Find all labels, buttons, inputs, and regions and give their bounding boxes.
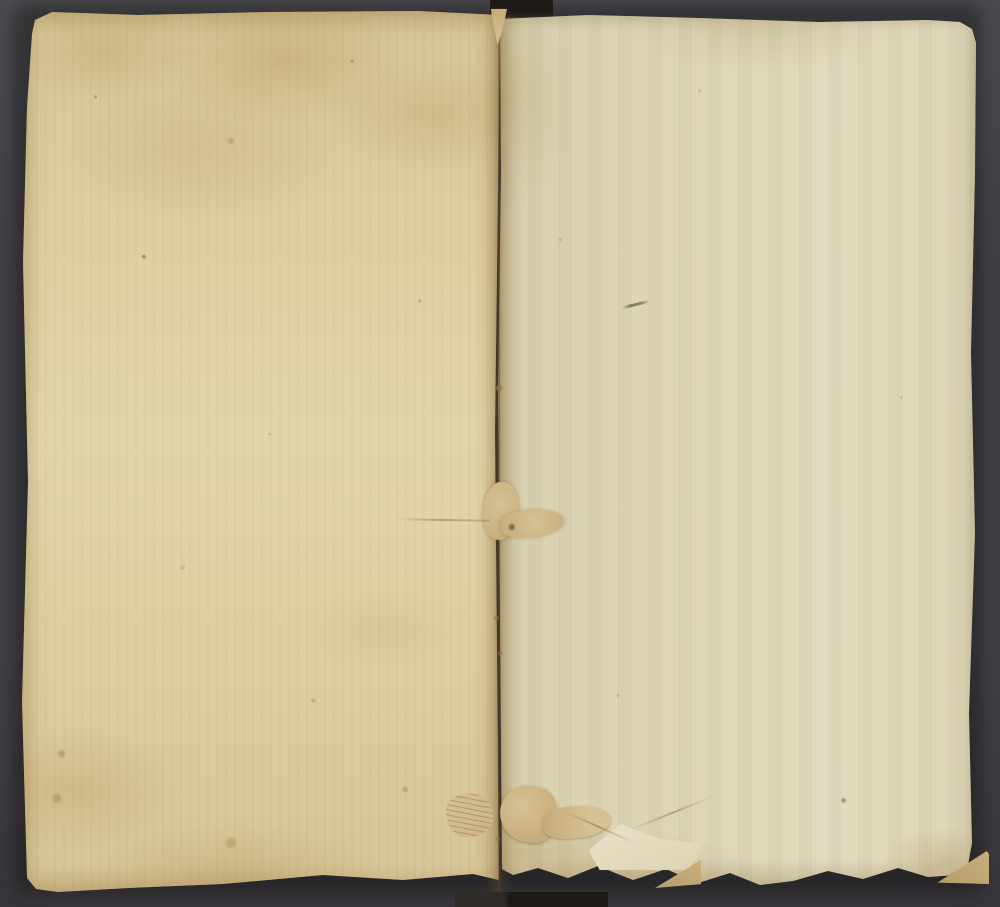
book-scan — [0, 0, 1000, 907]
gutter-fold — [486, 8, 512, 892]
left-page — [18, 8, 502, 896]
spine-cloth-bottom — [455, 892, 608, 907]
right-page — [498, 12, 978, 888]
